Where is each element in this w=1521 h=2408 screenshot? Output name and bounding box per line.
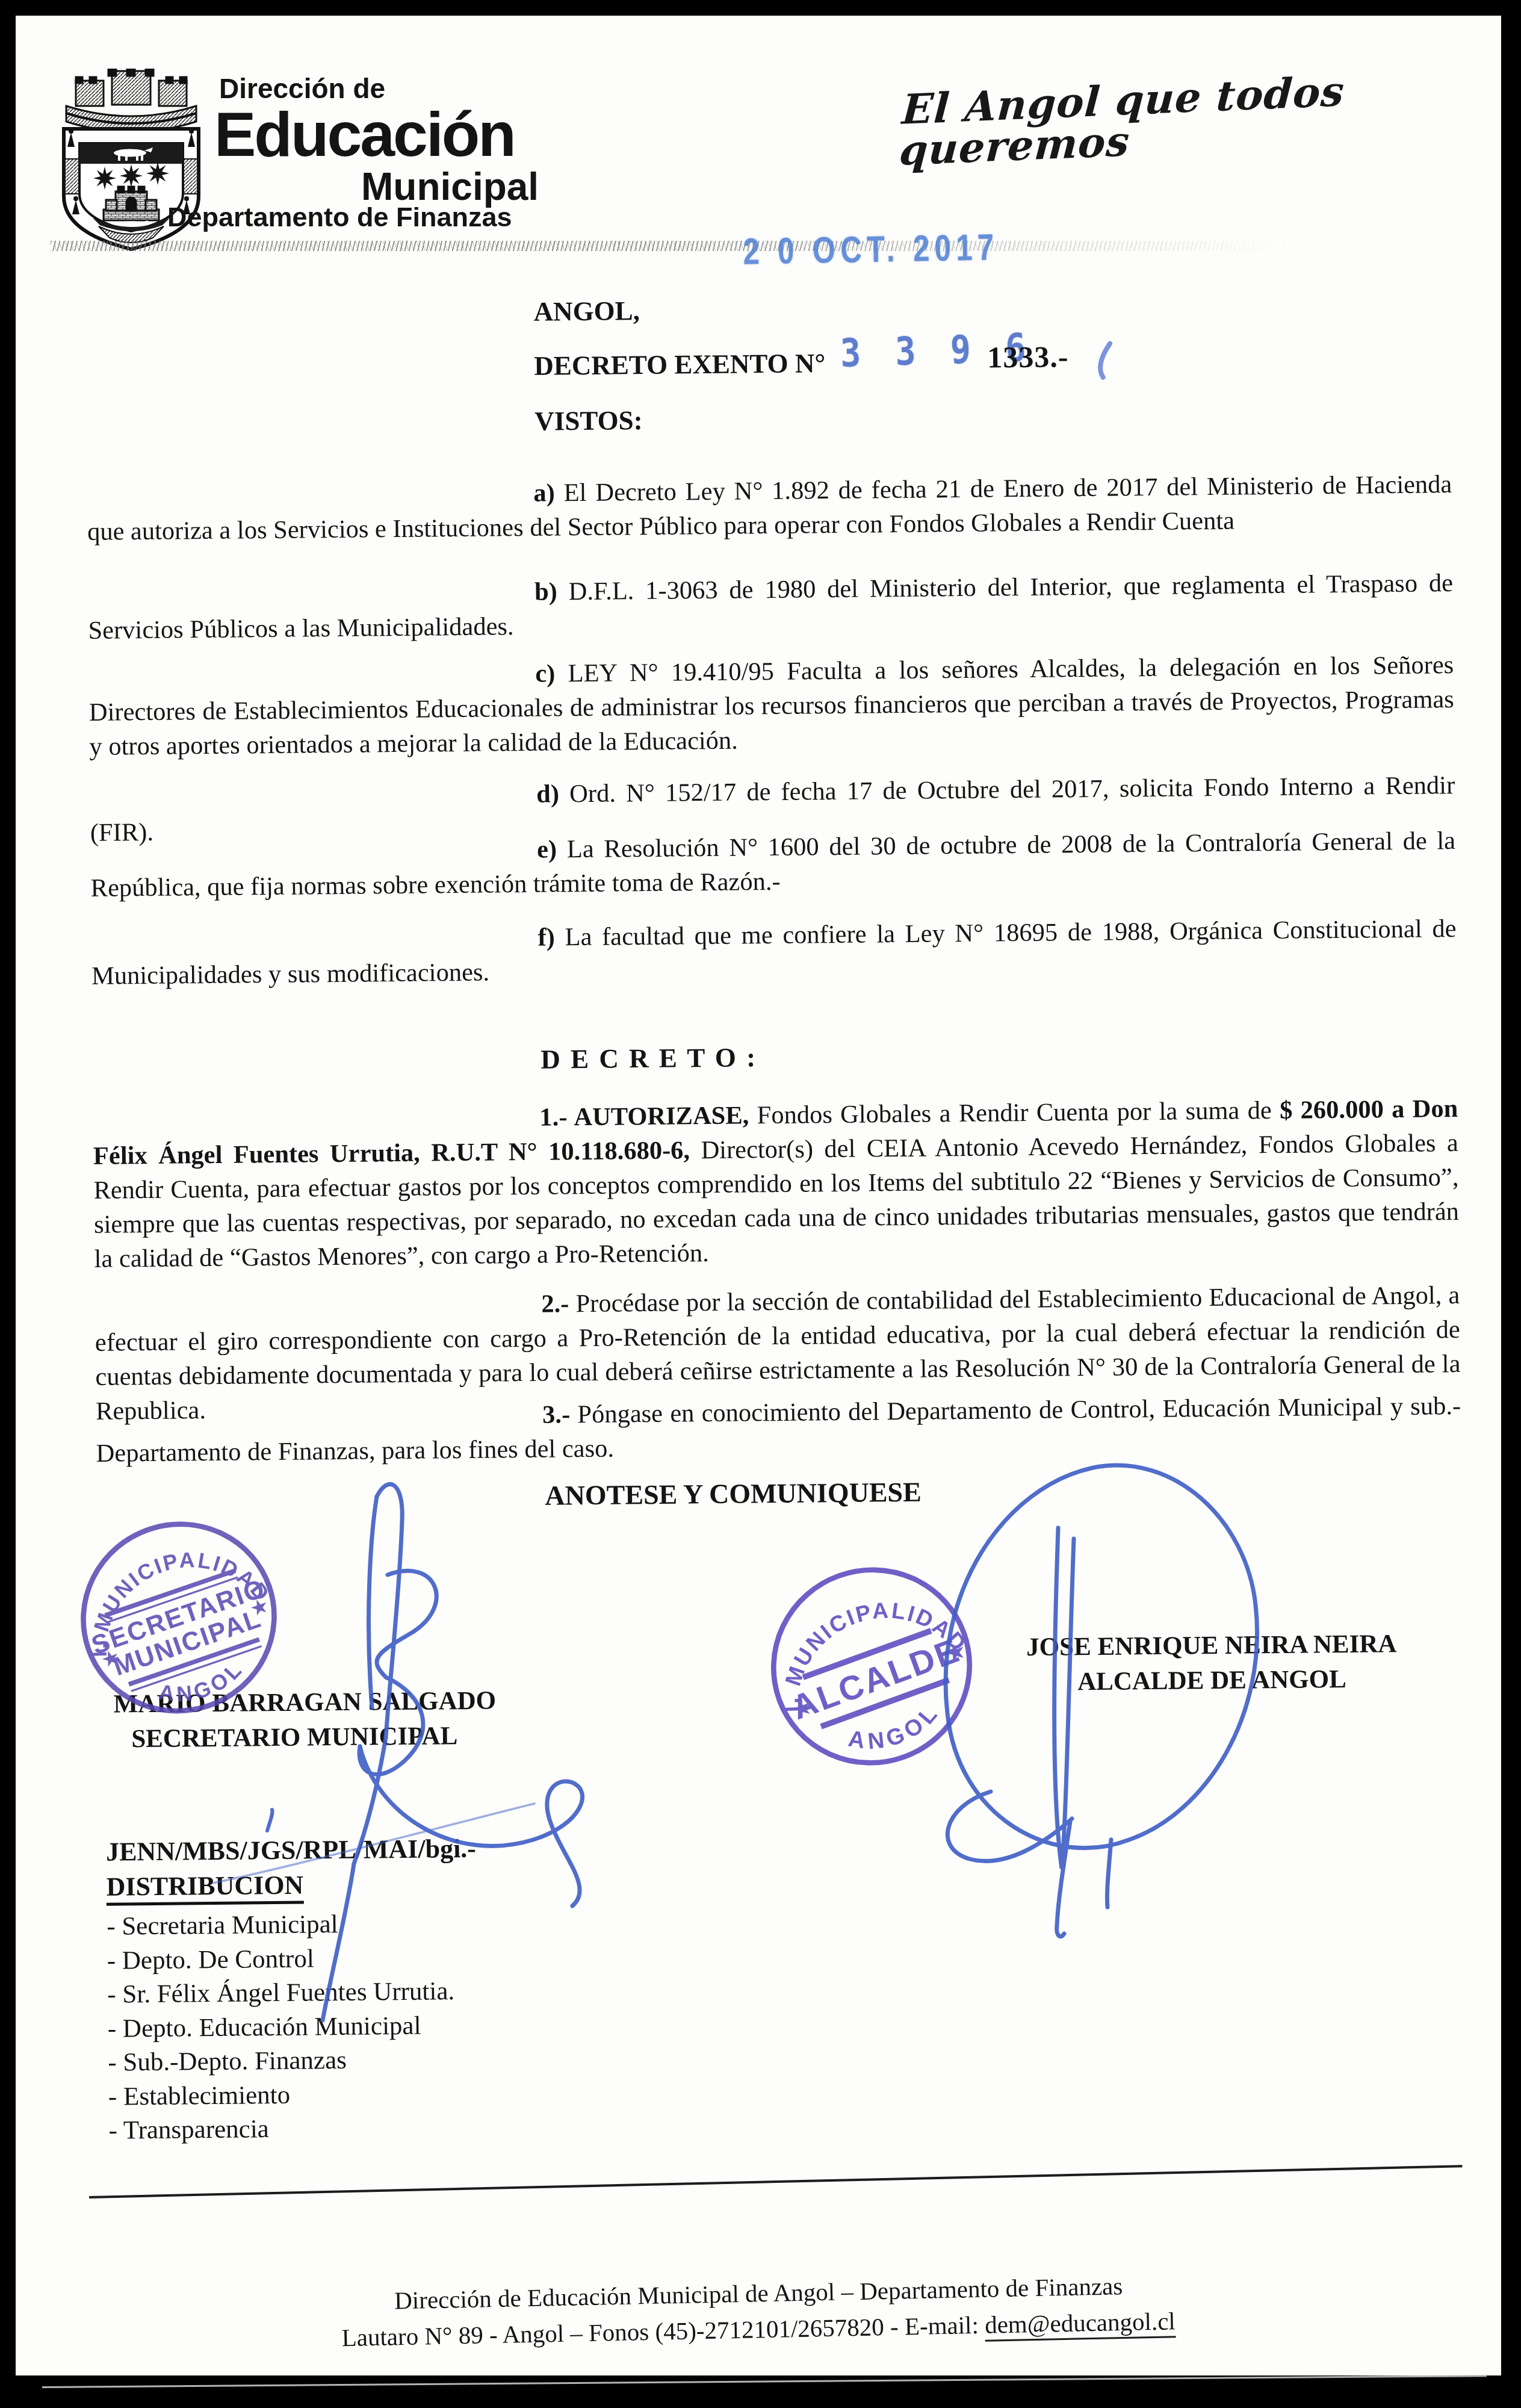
decree-label: DECRETO EXENTO N° xyxy=(534,347,825,382)
vistos-item-b: b) D.F.L. 1-3063 de 1980 del Ministerio … xyxy=(88,566,1454,648)
vistos-d-prefix: d) xyxy=(536,780,559,808)
document-page: Dirección de Educación Municipal Departa… xyxy=(16,16,1501,2375)
decreto-2-prefix: 2.- xyxy=(541,1289,569,1318)
vistos-label: VISTOS: xyxy=(534,405,643,437)
distribution-item: - Transparencia xyxy=(108,2111,456,2148)
vistos-a-prefix: a) xyxy=(533,479,555,507)
vistos-e-prefix: e) xyxy=(537,835,557,863)
page-bottom-edge xyxy=(42,2375,1487,2388)
vistos-f-prefix: f) xyxy=(537,923,555,952)
secretary-signature xyxy=(196,1479,654,2032)
scanned-decree-document: Dirección de Educación Municipal Departa… xyxy=(0,0,1521,2408)
decreto-3-prefix: 3.- xyxy=(542,1400,570,1429)
vistos-b-prefix: b) xyxy=(534,577,557,606)
vistos-b-text: D.F.L. 1-3063 de 1980 del Ministerio del… xyxy=(88,569,1453,645)
vistos-c-prefix: c) xyxy=(535,659,555,687)
decreto-item-1: 1.- AUTORIZASE, Fondos Globales a Rendir… xyxy=(93,1091,1460,1276)
decreto-1-prefix: 1.- AUTORIZASE, xyxy=(539,1101,749,1131)
vistos-item-e: e) La Resolución N° 1600 del 30 de octub… xyxy=(90,824,1456,905)
decreto-heading: D E C R E T O : xyxy=(541,1041,757,1075)
distribution-item: - Sub.-Depto. Finanzas xyxy=(108,2043,455,2080)
pen-tick-icon xyxy=(1091,339,1118,383)
footer-email: dem@educangol.cl xyxy=(985,2307,1176,2341)
vistos-e-text: La Resolución N° 1600 del 30 de octubre … xyxy=(90,827,1455,902)
vistos-a-text: El Decreto Ley N° 1.892 de fecha 21 de E… xyxy=(87,470,1452,546)
vistos-item-c: c) LEY N° 19.410/95 Faculta a los señore… xyxy=(88,648,1455,764)
vistos-item-f: f) La facultad que me confiere la Ley N°… xyxy=(91,911,1457,993)
vistos-item-a: a) El Decreto Ley N° 1.892 de fecha 21 d… xyxy=(87,467,1452,549)
decreto-1-text-a: Fondos Globales a Rendir Cuenta por la s… xyxy=(749,1096,1280,1129)
mayor-signature xyxy=(900,1454,1310,1954)
vistos-f-text: La facultad que me confiere la Ley N° 18… xyxy=(91,914,1457,990)
decree-number: 1333.- xyxy=(987,341,1069,372)
distribution-item: - Establecimiento xyxy=(108,2077,456,2114)
vistos-c-text: LEY N° 19.410/95 Faculta a los señores A… xyxy=(89,651,1454,761)
city-line: ANGOL, xyxy=(533,295,640,327)
